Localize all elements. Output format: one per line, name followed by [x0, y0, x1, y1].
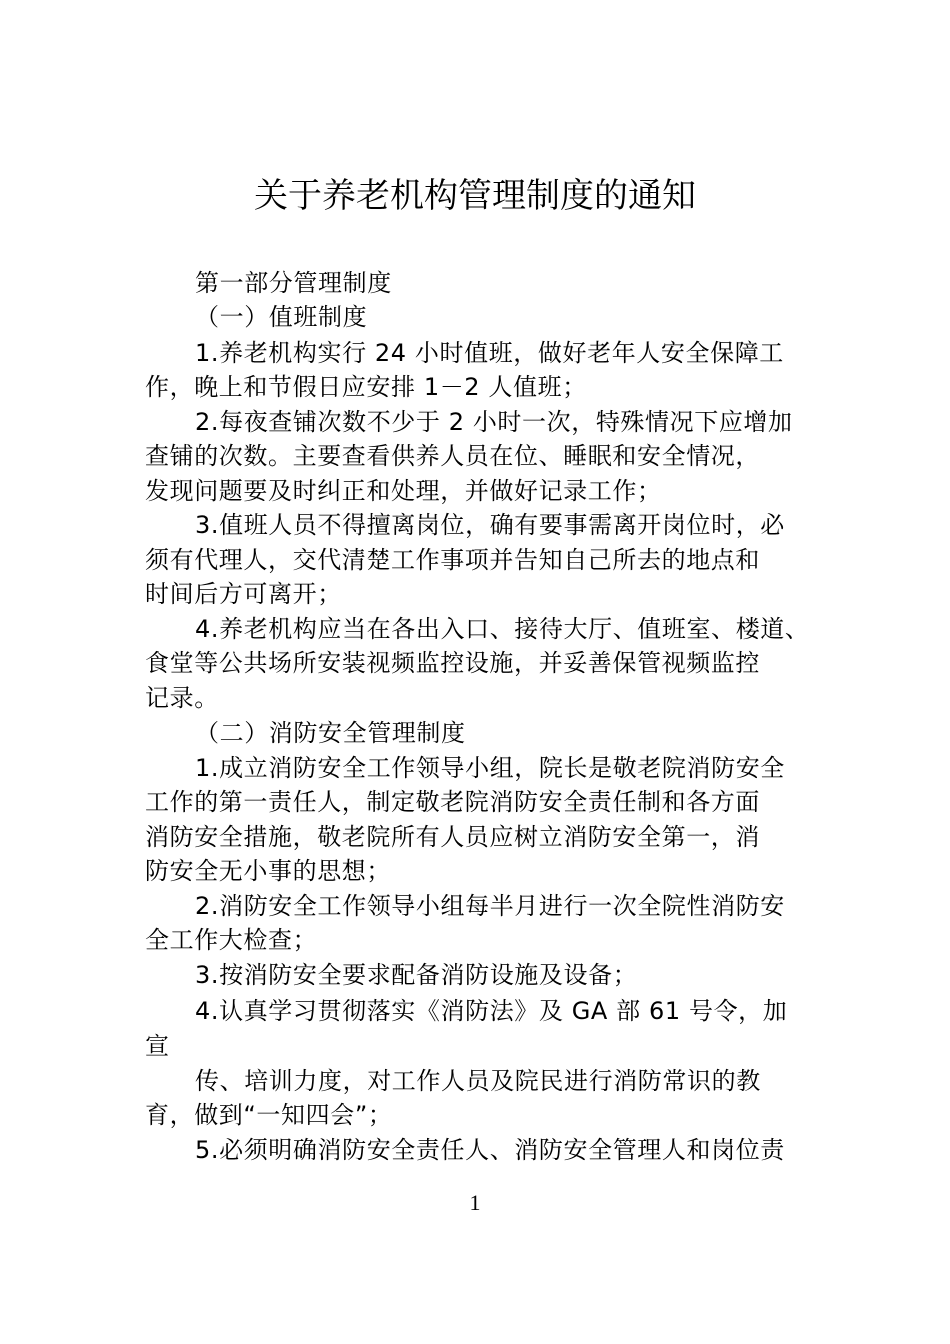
paragraph-line: 3.按消防安全要求配备消防设施及设备；: [195, 958, 810, 992]
paragraph-line: 5.必须明确消防安全责任人、消防安全管理人和岗位责: [195, 1133, 810, 1167]
page-number: 1: [0, 1188, 950, 1218]
paragraph-line: 传、培训力度，对工作人员及院民进行消防常识的教: [195, 1064, 810, 1098]
paragraph-line: 作，晚上和节假日应安排 1－2 人值班；: [145, 370, 810, 404]
paragraph-line: 工作的第一责任人，制定敬老院消防安全责任制和各方面: [145, 785, 810, 819]
paragraph-line: 食堂等公共场所安装视频监控设施，并妥善保管视频监控: [145, 646, 810, 680]
paragraph-line: 发现问题要及时纠正和处理，并做好记录工作；: [145, 474, 810, 508]
paragraph-line: 须有代理人，交代清楚工作事项并告知自己所去的地点和: [145, 543, 810, 577]
paragraph-line: 2.每夜查铺次数不少于 2 小时一次，特殊情况下应增加: [195, 405, 810, 439]
subsection-heading-fire-safety: （二）消防安全管理制度: [195, 716, 810, 750]
section-heading-part-one: 第一部分管理制度: [195, 266, 810, 300]
paragraph-line: 育，做到“一知四会”；: [145, 1098, 810, 1132]
paragraph-line: 1.养老机构实行 24 小时值班，做好老年人安全保障工: [195, 336, 810, 370]
paragraph-line: 4.认真学习贯彻落实《消防法》及 GA 部 61 号令，加: [195, 994, 810, 1028]
paragraph-line: 1.成立消防安全工作领导小组，院长是敬老院消防安全: [195, 751, 810, 785]
document-title: 关于养老机构管理制度的通知: [0, 172, 950, 220]
paragraph-line: 消防安全措施，敬老院所有人员应树立消防安全第一，消: [145, 820, 810, 854]
paragraph-line: 宣: [145, 1029, 810, 1063]
document-page: 关于养老机构管理制度的通知 第一部分管理制度 （一）值班制度 1.养老机构实行 …: [0, 0, 950, 1344]
paragraph-line: 3.值班人员不得擅离岗位，确有要事需离开岗位时，必: [195, 508, 810, 542]
paragraph-line: 2.消防安全工作领导小组每半月进行一次全院性消防安: [195, 889, 810, 923]
paragraph-line: 防安全无小事的思想；: [145, 854, 810, 888]
paragraph-line: 全工作大检查；: [145, 923, 810, 957]
subsection-heading-duty: （一）值班制度: [195, 300, 810, 334]
paragraph-line: 查铺的次数。主要查看供养人员在位、睡眠和安全情况，: [145, 439, 810, 473]
paragraph-line: 时间后方可离开；: [145, 577, 810, 611]
paragraph-line: 4.养老机构应当在各出入口、接待大厅、值班室、楼道、: [195, 612, 810, 646]
paragraph-line: 记录。: [145, 681, 810, 715]
